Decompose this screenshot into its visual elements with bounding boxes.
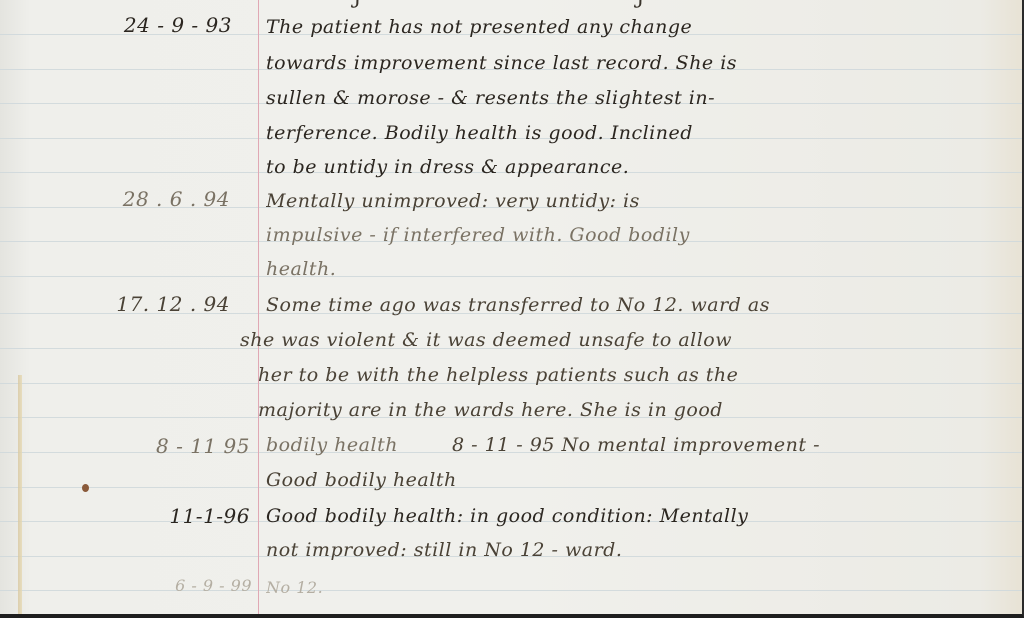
entry-date: 8 - 11 95 bbox=[0, 434, 250, 458]
entry-line: health. bbox=[266, 258, 1011, 280]
entry-date: 11-1-96 bbox=[0, 504, 250, 528]
entry-date: 17. 12 . 94 bbox=[0, 292, 230, 316]
descender-stroke: ʃ bbox=[638, 0, 644, 9]
descender-stroke: ʃ bbox=[355, 0, 361, 9]
entry-line: 8 - 11 - 95 No mental improvement - bbox=[452, 434, 972, 456]
entry-line: bodily health bbox=[266, 434, 446, 456]
entry-line: The patient has not presented any change bbox=[266, 16, 1011, 38]
entry-line: sullen & morose - & resents the slightes… bbox=[266, 87, 1011, 109]
casebook-page: ʃ ʃ 24 - 9 - 93 The patient has not pres… bbox=[0, 0, 1024, 618]
entry-line: Some time ago was transferred to No 12. … bbox=[266, 294, 1011, 316]
entry-line: majority are in the wards here. She is i… bbox=[258, 399, 1003, 421]
entry-line: No 12. bbox=[266, 578, 1011, 597]
entry-line: her to be with the helpless patients suc… bbox=[258, 364, 1003, 386]
entry-date: 28 . 6 . 94 bbox=[0, 187, 230, 211]
entry-line: Mentally unimproved: very untidy: is bbox=[266, 190, 1011, 212]
entry-line: she was violent & it was deemed unsafe t… bbox=[240, 329, 985, 351]
entry-line: Good bodily health bbox=[266, 469, 1011, 491]
entry-line: impulsive - if interfered with. Good bod… bbox=[266, 224, 1011, 246]
entry-line: not improved: still in No 12 - ward. bbox=[266, 539, 1011, 561]
ink-stain bbox=[82, 484, 89, 492]
entry-line: towards improvement since last record. S… bbox=[266, 52, 1011, 74]
entry-line: to be untidy in dress & appearance. bbox=[266, 156, 1011, 178]
entry-line: terference. Bodily health is good. Incli… bbox=[266, 122, 1011, 144]
entry-line: Good bodily health: in good condition: M… bbox=[266, 505, 1011, 527]
entry-date: 24 - 9 - 93 bbox=[0, 13, 232, 37]
entry-date: 6 - 9 - 99 bbox=[0, 576, 252, 595]
red-margin-line bbox=[258, 0, 259, 614]
